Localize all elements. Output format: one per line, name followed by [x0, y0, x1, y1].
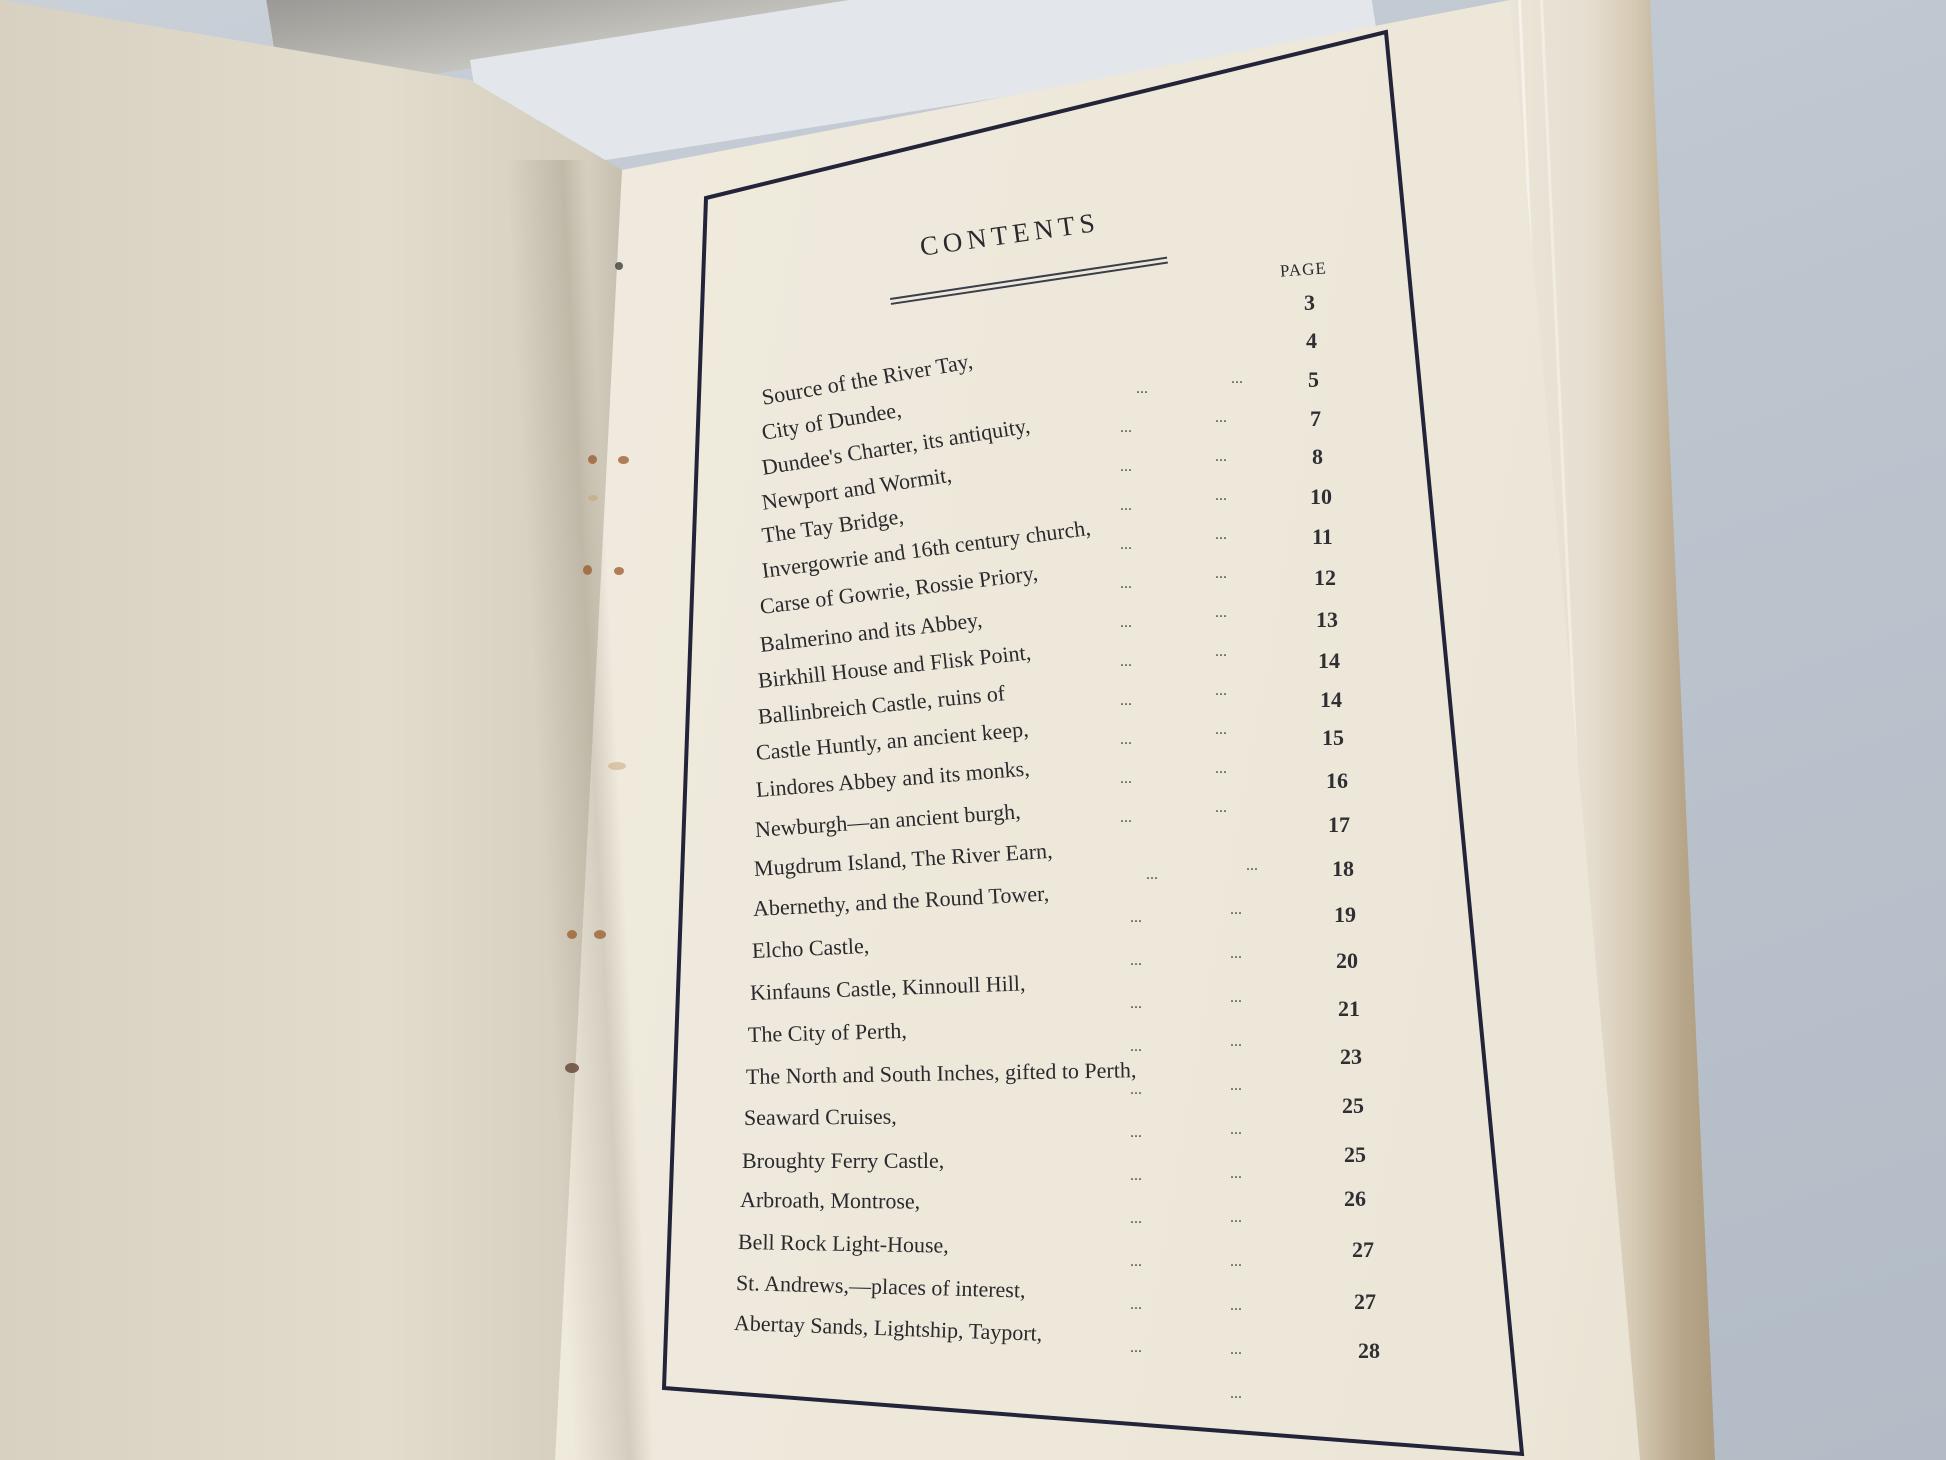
contents-entry[interactable]: Seaward Cruises,	[744, 1104, 897, 1131]
leader-dots-column: ....................................	[1130, 810, 1158, 1412]
contents-entry[interactable]: Abertay Sands, Lightship, Tayport,	[734, 1310, 1043, 1347]
page-number: 5	[1308, 367, 1319, 393]
contents-page: CONTENTS PAGE 3 4 5 7 8 10 11 12 13 14 1…	[700, 180, 1480, 1380]
page-number: 25	[1344, 1142, 1366, 1168]
binding-hole	[615, 262, 623, 270]
title-double-rule	[890, 257, 1168, 305]
page-column-label: PAGE	[1279, 258, 1327, 281]
contents-entry[interactable]: Bell Rock Light-House,	[738, 1229, 949, 1259]
page-number: 3	[1304, 290, 1315, 316]
page-number: 14	[1320, 687, 1342, 713]
contents-entry[interactable]: St. Andrews,—places of interest,	[736, 1270, 1026, 1304]
page-number: 26	[1344, 1186, 1366, 1212]
rust-stain	[594, 930, 606, 939]
rust-stain	[618, 456, 629, 464]
contents-entry[interactable]: Arbroath, Montrose,	[740, 1187, 920, 1215]
page-number: 15	[1322, 725, 1344, 751]
contents-entry[interactable]: Mugdrum Island, The River Earn,	[753, 838, 1053, 882]
page-number: 14	[1318, 648, 1340, 674]
page-title: CONTENTS	[918, 207, 1102, 263]
page-number: 12	[1314, 565, 1336, 591]
contents-entry[interactable]: The City of Perth,	[748, 1018, 908, 1048]
contents-entry[interactable]: Broughty Ferry Castle,	[742, 1148, 944, 1174]
page-number: 19	[1334, 902, 1356, 928]
page-number: 4	[1306, 328, 1317, 354]
page-number: 11	[1312, 524, 1333, 550]
rust-stain	[588, 495, 598, 501]
page-number: 27	[1352, 1237, 1374, 1263]
leader-dots-column: ....................................	[1215, 320, 1243, 866]
page-number: 27	[1354, 1289, 1376, 1315]
page-number: 28	[1358, 1338, 1380, 1364]
page-number: 17	[1328, 812, 1350, 838]
rust-stain	[565, 1063, 579, 1073]
page-number: 8	[1312, 444, 1323, 470]
rust-stain	[614, 567, 624, 575]
leader-dots-column: ....................................	[1120, 330, 1148, 876]
page-number: 20	[1336, 948, 1358, 974]
rust-stain	[608, 762, 626, 770]
contents-entry[interactable]: Elcho Castle,	[751, 933, 869, 964]
page-number: 13	[1316, 607, 1338, 633]
rust-stain	[588, 455, 597, 464]
contents-entry[interactable]: Lindores Abbey and its monks,	[755, 756, 1031, 803]
contents-entry[interactable]: Kinfauns Castle, Kinnoull Hill,	[750, 970, 1026, 1006]
rust-stain	[567, 930, 577, 939]
page-number: 25	[1342, 1093, 1364, 1119]
page-number: 7	[1310, 406, 1321, 432]
page-number: 16	[1326, 768, 1348, 794]
page-number: 23	[1340, 1044, 1362, 1070]
page-number: 21	[1338, 996, 1360, 1022]
page-number: 18	[1332, 856, 1354, 882]
leader-dots-column: .......................................	[1230, 800, 1258, 1460]
rust-stain	[583, 565, 592, 575]
contents-entry[interactable]: Newburgh—an ancient burgh,	[754, 798, 1021, 843]
page-number: 10	[1310, 484, 1332, 510]
contents-entry[interactable]: Abernethy, and the Round Tower,	[752, 881, 1049, 922]
contents-entry[interactable]: The North and South Inches, gifted to Pe…	[746, 1057, 1137, 1090]
